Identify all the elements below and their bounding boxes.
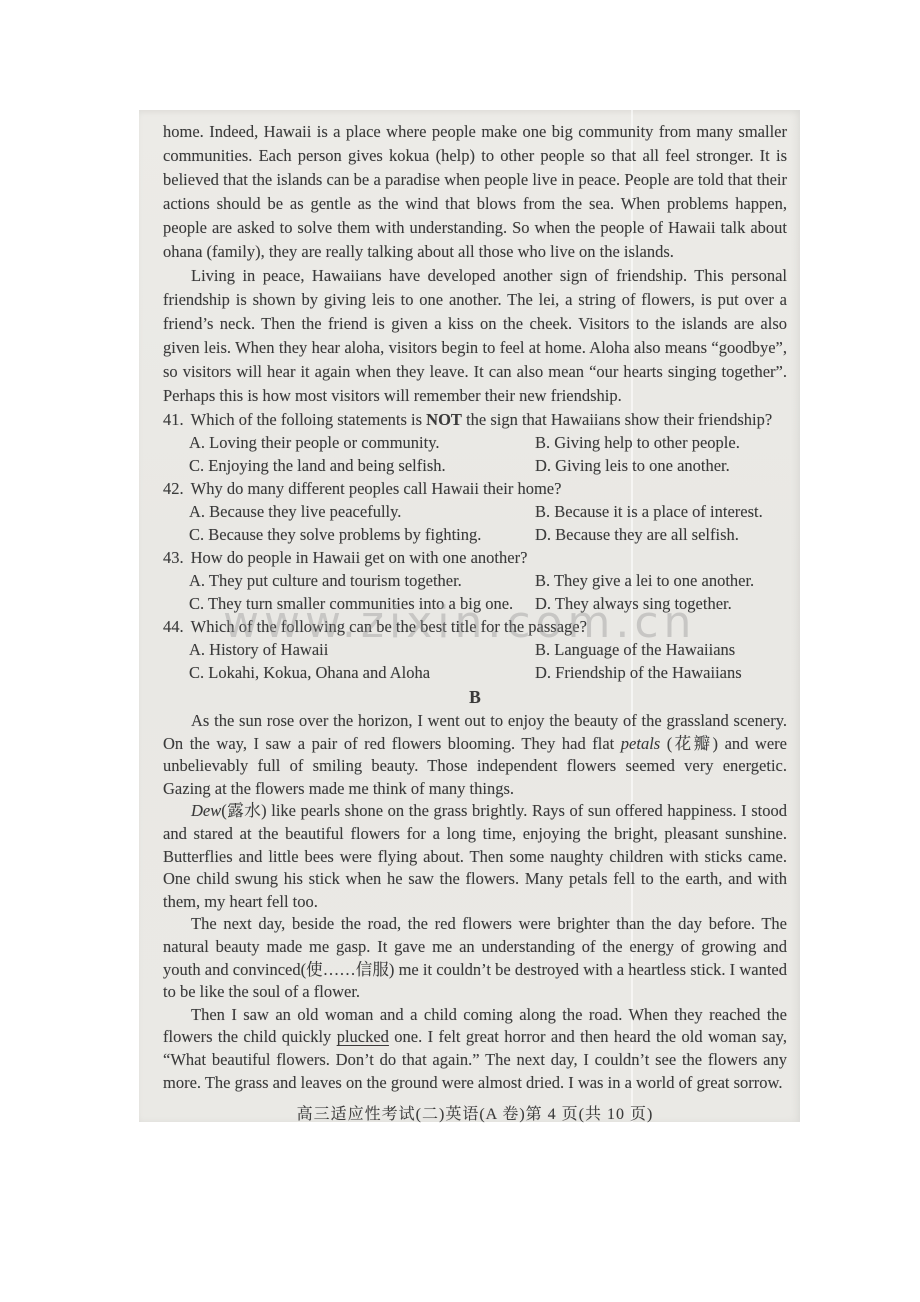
question-44-options-row-1: A. History of Hawaii B. Language of the … xyxy=(163,638,787,661)
question-number: 43. xyxy=(163,548,184,567)
question-41: 41.Which of the folloing statements is N… xyxy=(163,408,787,477)
question-42-options-row-2: C. Because they solve problems by fighti… xyxy=(163,523,787,546)
question-41-stem: 41.Which of the folloing statements is N… xyxy=(163,408,787,431)
question-42: 42.Why do many different peoples call Ha… xyxy=(163,477,787,546)
question-43-options-row-1: A. They put culture and tourism together… xyxy=(163,569,787,592)
passage-b-paragraph-2: Dew(露水) like pearls shone on the grass b… xyxy=(163,800,787,913)
passage-b-paragraph-4: Then I saw an old woman and a child comi… xyxy=(163,1004,787,1094)
question-number: 44. xyxy=(163,617,184,636)
option-43-b: B. They give a lei to one another. xyxy=(535,569,787,592)
question-43-stem: 43.How do people in Hawaii get on with o… xyxy=(163,546,787,569)
option-41-c: C. Enjoying the land and being selfish. xyxy=(189,454,535,477)
page-content: home. Indeed, Hawaii is a place where pe… xyxy=(163,120,787,1124)
option-42-b: B. Because it is a place of interest. xyxy=(535,500,787,523)
question-43-stem-text: How do people in Hawaii get on with one … xyxy=(191,548,528,567)
question-44-options-row-2: C. Lokahi, Kokua, Ohana and Aloha D. Fri… xyxy=(163,661,787,684)
option-41-a: A. Loving their people or community. xyxy=(189,431,535,454)
passage-a-paragraph-2: Living in peace, Hawaiians have develope… xyxy=(163,264,787,408)
paper-scan-area: home. Indeed, Hawaii is a place where pe… xyxy=(139,110,800,1122)
passage-b-paragraph-3: The next day, beside the road, the red f… xyxy=(163,913,787,1003)
question-number: 42. xyxy=(163,479,184,498)
option-41-d: D. Giving leis to one another. xyxy=(535,454,787,477)
question-42-options-row-1: A. Because they live peacefully. B. Beca… xyxy=(163,500,787,523)
passage-b-p4-underlined-word: plucked xyxy=(337,1027,389,1046)
option-43-a: A. They put culture and tourism together… xyxy=(189,569,535,592)
passage-a-paragraph-1: home. Indeed, Hawaii is a place where pe… xyxy=(163,120,787,264)
question-number: 41. xyxy=(163,410,184,429)
option-43-d: D. They always sing together. xyxy=(535,592,787,615)
option-41-b: B. Giving help to other people. xyxy=(535,431,787,454)
option-44-a: A. History of Hawaii xyxy=(189,638,535,661)
option-42-d: D. Because they are all selfish. xyxy=(535,523,787,546)
option-44-c: C. Lokahi, Kokua, Ohana and Aloha xyxy=(189,661,535,684)
option-43-c: C. They turn smaller communities into a … xyxy=(189,592,535,615)
option-44-b: B. Language of the Hawaiians xyxy=(535,638,787,661)
question-44-stem: 44.Which of the following can be the bes… xyxy=(163,615,787,638)
option-42-c: C. Because they solve problems by fighti… xyxy=(189,523,535,546)
option-42-a: A. Because they live peacefully. xyxy=(189,500,535,523)
scanned-exam-page: home. Indeed, Hawaii is a place where pe… xyxy=(0,0,920,1302)
passage-b-paragraph-1: As the sun rose over the horizon, I went… xyxy=(163,710,787,800)
question-43-options-row-2: C. They turn smaller communities into a … xyxy=(163,592,787,615)
question-41-options-row-1: A. Loving their people or community. B. … xyxy=(163,431,787,454)
question-42-stem: 42.Why do many different peoples call Ha… xyxy=(163,477,787,500)
option-44-d: D. Friendship of the Hawaiians xyxy=(535,661,787,684)
question-44-stem-text: Which of the following can be the best t… xyxy=(191,617,587,636)
passage-b-p1-italic-word: petals xyxy=(621,734,660,753)
question-42-stem-text: Why do many different peoples call Hawai… xyxy=(191,479,562,498)
question-44: 44.Which of the following can be the bes… xyxy=(163,615,787,684)
passage-b-p2-italic-word: Dew xyxy=(191,801,221,820)
question-41-stem-pre: Which of the folloing statements is xyxy=(191,410,427,429)
passage-b-heading: B xyxy=(163,684,787,710)
question-43: 43.How do people in Hawaii get on with o… xyxy=(163,546,787,615)
page-footer: 高三适应性考试(二)英语(A 卷)第 4 页(共 10 页) xyxy=(163,1101,787,1124)
passage-b-p2-post: (露水) like pearls shone on the grass brig… xyxy=(163,801,787,910)
question-41-options-row-2: C. Enjoying the land and being selfish. … xyxy=(163,454,787,477)
question-41-stem-post: the sign that Hawaiians show their frien… xyxy=(462,410,772,429)
question-41-stem-bold: NOT xyxy=(426,410,462,429)
